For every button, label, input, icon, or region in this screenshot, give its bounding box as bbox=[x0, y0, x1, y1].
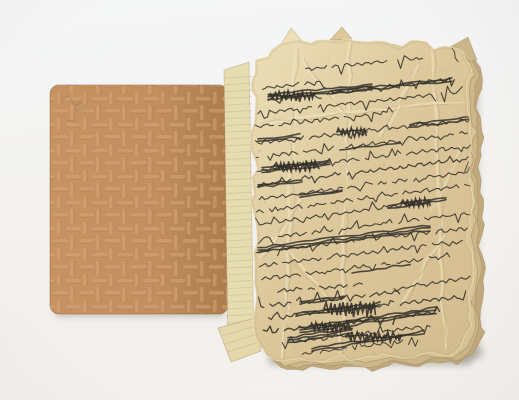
notebook-cover bbox=[50, 85, 228, 316]
photo-manuscript-notebook bbox=[0, 0, 519, 400]
cover-weave-texture bbox=[50, 85, 228, 314]
ruled-page-edge bbox=[224, 62, 254, 350]
manuscript-page bbox=[250, 39, 478, 367]
notebook-scene bbox=[0, 0, 519, 400]
